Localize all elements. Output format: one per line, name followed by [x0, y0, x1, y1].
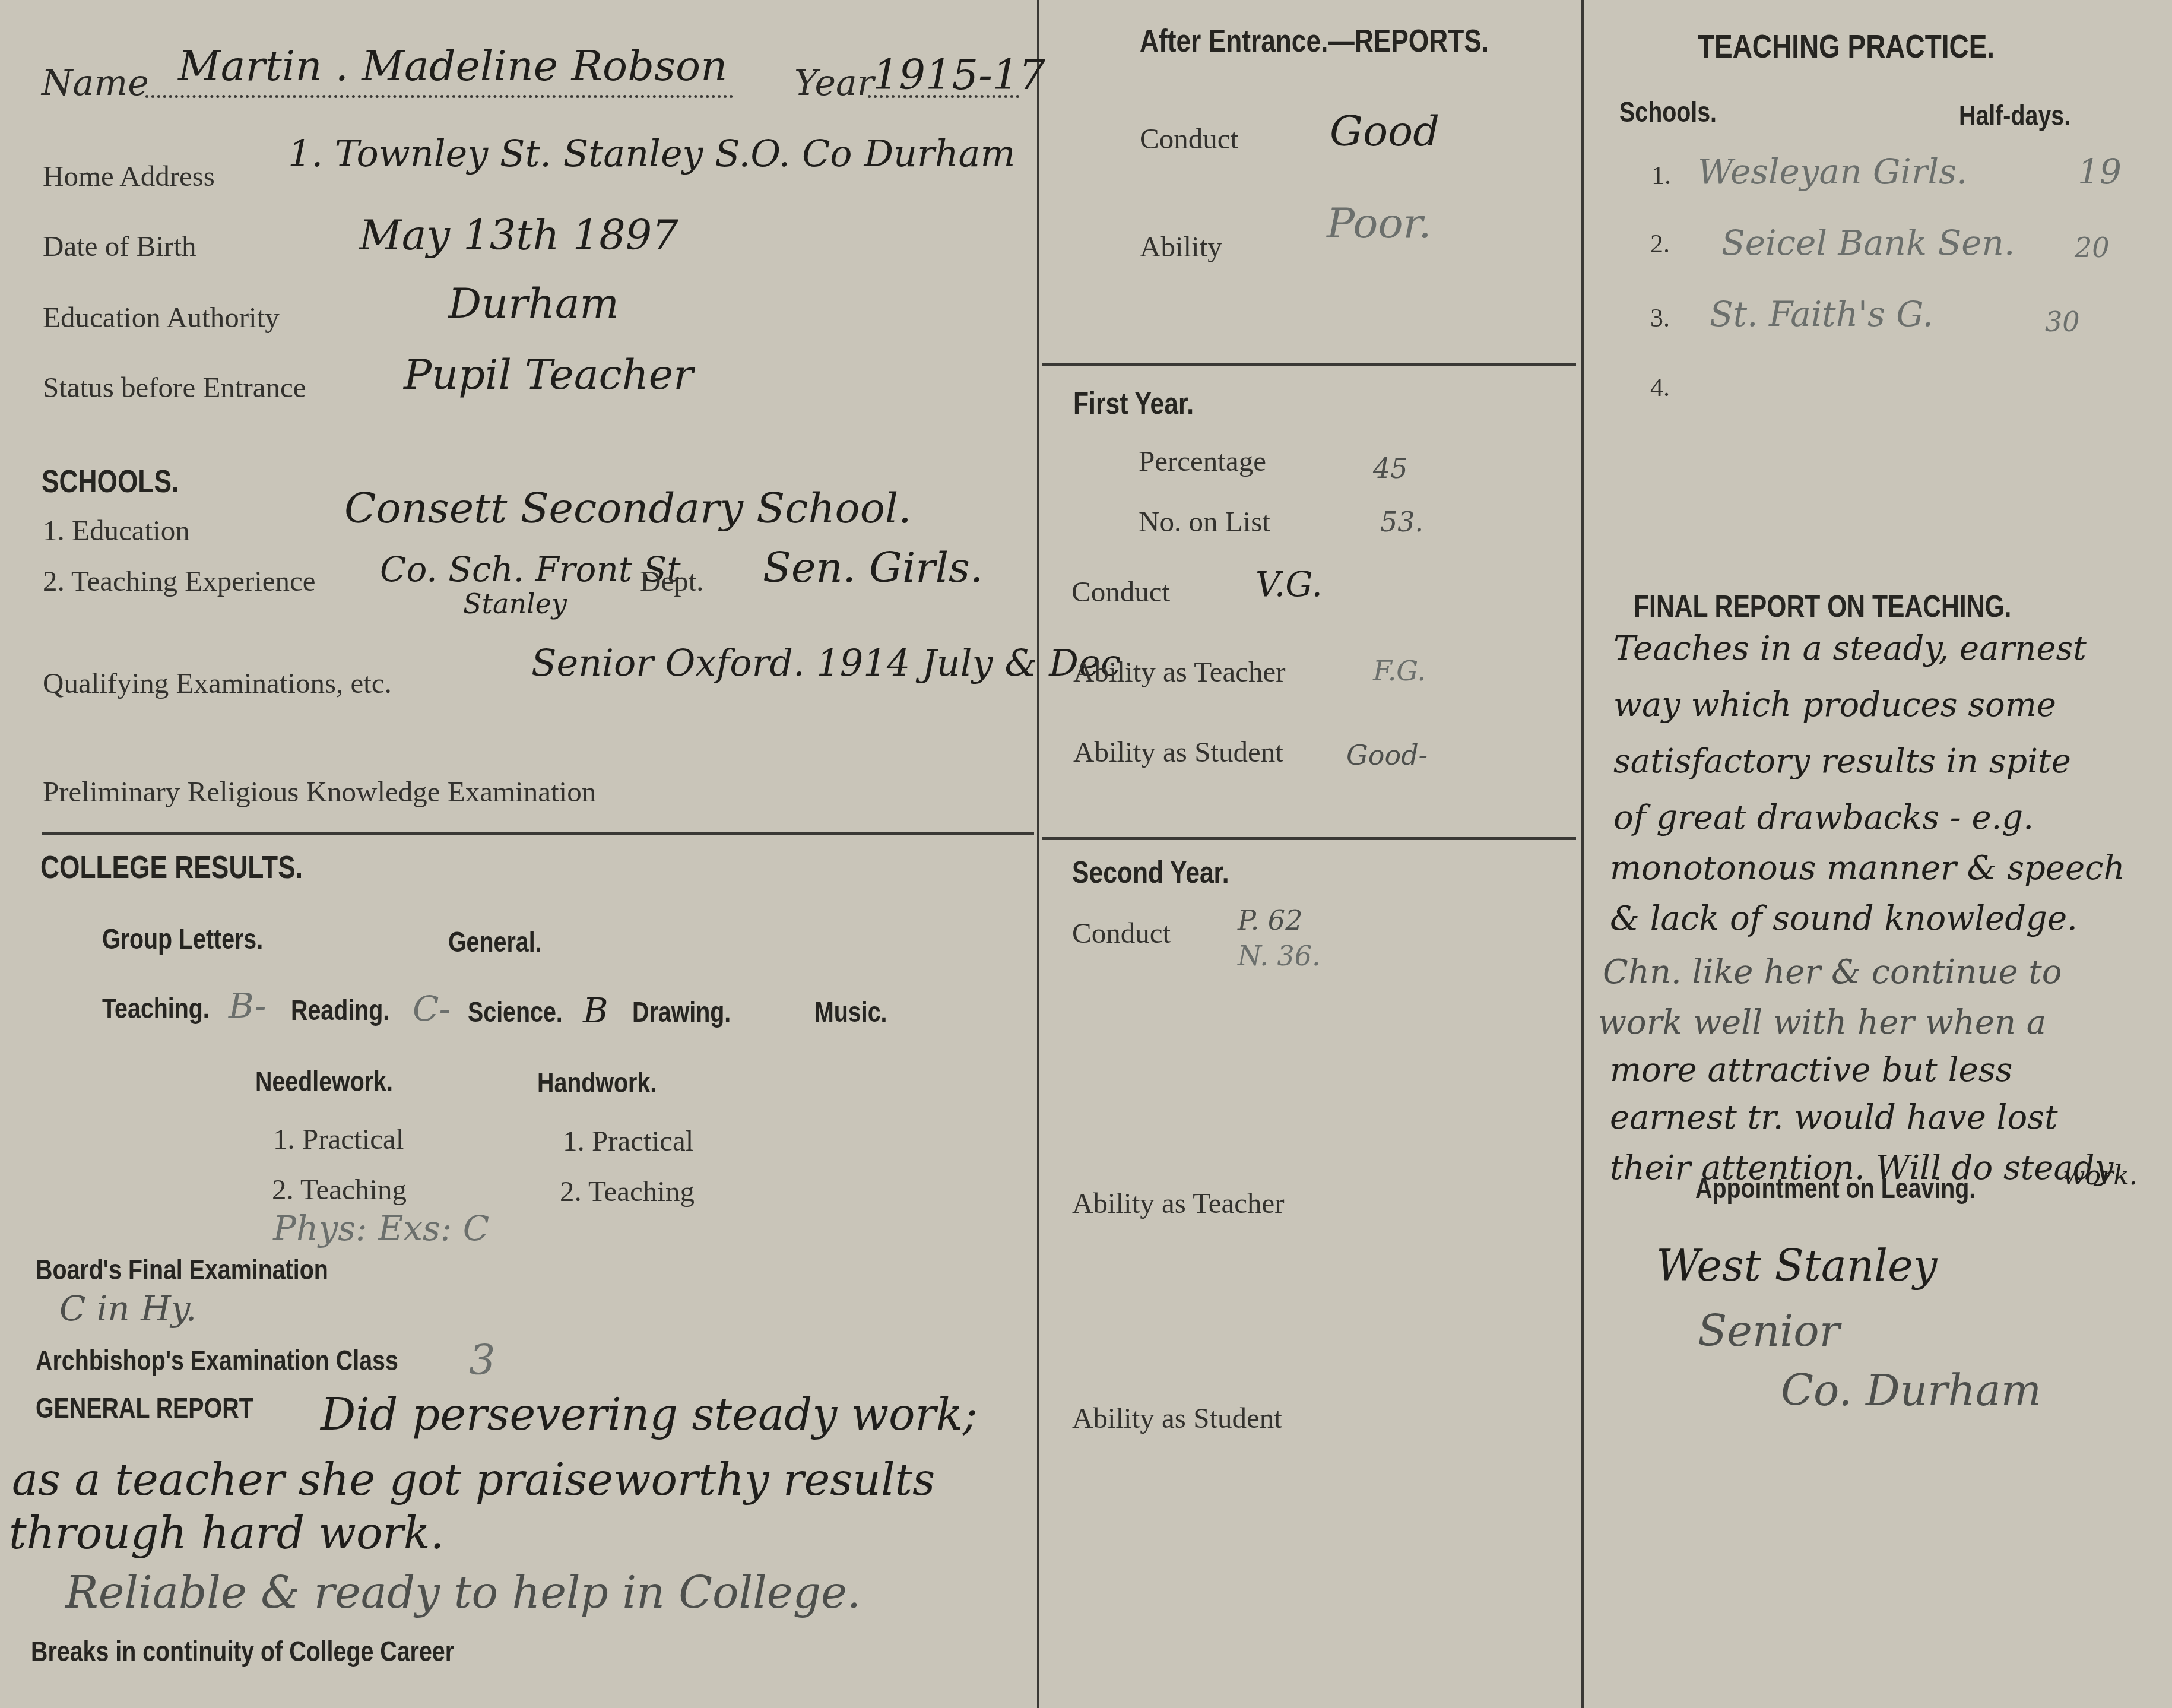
- practice-row-number: 2.: [1650, 229, 1670, 259]
- final-report-heading: FINAL REPORT ON TEACHING.: [1634, 589, 2011, 625]
- no-on-list-value: 53.: [1380, 506, 1423, 538]
- drawing-label: Drawing.: [632, 996, 731, 1029]
- boards-final-label: Board's Final Examination: [36, 1254, 328, 1286]
- second-year-conduct-value-2: N. 36.: [1238, 940, 1321, 972]
- teaching-grade-label: Teaching.: [102, 993, 210, 1025]
- status-value: Pupil Teacher: [404, 350, 693, 399]
- general-report-label: GENERAL REPORT: [36, 1392, 253, 1425]
- teaching-grade-value: B-: [229, 985, 266, 1026]
- no-on-list-label: No. on List: [1139, 505, 1270, 538]
- first-year-heading: First Year.: [1073, 386, 1194, 422]
- practice-row-half-days: 20: [2075, 232, 2110, 264]
- boards-final-value: C in Hy.: [59, 1288, 196, 1329]
- handwork-practical: 1. Practical: [563, 1124, 693, 1158]
- reading-grade-label: Reading.: [291, 994, 389, 1027]
- appointment-line-3: Co. Durham: [1781, 1365, 2041, 1415]
- second-year-ability-student-label: Ability as Student: [1072, 1401, 1282, 1435]
- schools-column-label: Schools.: [1619, 96, 1717, 129]
- after-entrance-ability-value: Poor.: [1327, 199, 1432, 248]
- final-report-line: of great drawbacks - e.g.: [1613, 798, 2034, 837]
- final-report-line: work.: [2063, 1161, 2138, 1191]
- education-value: Consett Secondary School.: [344, 484, 911, 533]
- archbishop-label: Archbishop's Examination Class: [36, 1345, 398, 1377]
- status-label: Status before Entrance: [43, 370, 306, 404]
- first-year-ability-teacher-label: Ability as Teacher: [1073, 655, 1286, 689]
- percentage-value: 45: [1373, 452, 1408, 484]
- practice-row-school: Wesleyan Girls.: [1698, 151, 1967, 192]
- home-address-label: Home Address: [43, 159, 215, 193]
- second-year-ability-teacher-label: Ability as Teacher: [1072, 1186, 1285, 1220]
- name-label: Name: [42, 62, 149, 104]
- final-report-line: earnest tr. would have lost: [1610, 1098, 2057, 1137]
- practice-row-number: 1.: [1651, 160, 1671, 191]
- practice-row-number: 4.: [1650, 372, 1670, 403]
- education-authority-label: Education Authority: [43, 300, 280, 334]
- needlework-label: Needlework.: [255, 1066, 393, 1098]
- teaching-experience-value-line2: Stanley: [463, 588, 567, 620]
- general-report-line-4: Reliable & ready to help in College.: [65, 1567, 861, 1618]
- final-report-line: work well with her when a: [1598, 1003, 2046, 1042]
- half-days-column-label: Half-days.: [1959, 100, 2070, 132]
- practice-row-half-days: 30: [2045, 306, 2080, 338]
- first-year-ability-student-value: Good-: [1346, 739, 1428, 771]
- rule-middle-first-year: [1042, 363, 1576, 366]
- teaching-experience-label: 2. Teaching Experience: [43, 564, 316, 598]
- archbishop-class-value: 3: [469, 1336, 496, 1384]
- qualifying-label: Qualifying Examinations, etc.: [43, 666, 392, 700]
- percentage-label: Percentage: [1139, 444, 1266, 478]
- rule-middle-second-year: [1042, 837, 1576, 840]
- practice-row-number: 3.: [1650, 303, 1670, 333]
- music-label: Music.: [814, 996, 887, 1029]
- dept-value: Sen. Girls.: [763, 543, 983, 592]
- dept-label: Dept.: [640, 564, 704, 598]
- appointment-label: Appointment on Leaving.: [1695, 1173, 1976, 1205]
- group-letters-label: Group Letters.: [102, 923, 263, 956]
- practice-row-half-days: 19: [2078, 151, 2122, 192]
- practice-row-school: St. Faith's G.: [1710, 294, 1933, 334]
- practice-row-school: Seicel Bank Sen.: [1721, 223, 2015, 263]
- general-label: General.: [448, 926, 542, 959]
- needlework-practical: 1. Practical: [273, 1122, 404, 1156]
- schools-heading: SCHOOLS.: [42, 463, 179, 500]
- final-report-line: way which produces some: [1613, 686, 2056, 724]
- science-grade-label: Science.: [468, 996, 563, 1029]
- column-divider-left: [1037, 0, 1039, 1708]
- needlework-teaching: 2. Teaching: [272, 1173, 407, 1206]
- education-authority-value: Durham: [448, 279, 619, 328]
- general-report-line-3: through hard work.: [9, 1508, 444, 1559]
- breaks-label: Breaks in continuity of College Career: [31, 1636, 454, 1668]
- final-report-line: monotonous manner & speech: [1610, 849, 2125, 888]
- dob-value: May 13th 1897: [359, 211, 678, 259]
- general-report-line-1: Did persevering steady work;: [321, 1389, 978, 1440]
- handwork-teaching: 2. Teaching: [560, 1174, 695, 1208]
- first-year-ability-teacher-value: F.G.: [1373, 655, 1426, 687]
- qualifying-value: Senior Oxford. 1914 July & Dec: [531, 641, 1121, 685]
- appointment-line-1: West Stanley: [1656, 1241, 1937, 1291]
- religious-knowledge-label: Preliminary Religious Knowledge Examinat…: [43, 775, 596, 809]
- handwork-label: Handwork.: [537, 1067, 657, 1099]
- year-label: Year: [794, 62, 874, 104]
- name-value: Martin . Madeline Robson: [178, 42, 727, 90]
- dob-label: Date of Birth: [43, 229, 196, 263]
- first-year-conduct-label: Conduct: [1071, 575, 1170, 609]
- final-report-line: satisfactory results in spite: [1613, 742, 2071, 781]
- final-report-line: Chn. like her & continue to: [1603, 953, 2062, 991]
- final-report-line: more attractive but less: [1610, 1051, 2012, 1089]
- college-results-heading: COLLEGE RESULTS.: [40, 849, 303, 886]
- first-year-conduct-value: V.G.: [1255, 564, 1323, 604]
- education-label: 1. Education: [43, 514, 190, 547]
- second-year-conduct-value-1: P. 62: [1238, 904, 1302, 936]
- after-entrance-ability-label: Ability: [1140, 230, 1222, 264]
- appointment-line-2: Senior: [1698, 1306, 1840, 1356]
- teaching-practice-heading: TEACHING PRACTICE.: [1698, 27, 1995, 65]
- phys-exercises-note: Phys: Exs: C: [273, 1208, 489, 1248]
- after-entrance-conduct-label: Conduct: [1140, 122, 1238, 156]
- teaching-experience-value: Co. Sch. Front St: [380, 549, 681, 590]
- final-report-line: & lack of sound knowledge.: [1610, 899, 2078, 938]
- first-year-ability-student-label: Ability as Student: [1073, 735, 1283, 769]
- year-value: 1915-17: [873, 50, 1045, 99]
- after-entrance-heading: After Entrance.—REPORTS.: [1140, 23, 1489, 59]
- column-divider-right: [1581, 0, 1584, 1708]
- science-grade-value: B: [583, 990, 608, 1031]
- second-year-conduct-label: Conduct: [1072, 916, 1171, 950]
- after-entrance-conduct-value: Good: [1330, 107, 1439, 156]
- general-report-line-2: as a teacher she got praiseworthy result…: [12, 1455, 935, 1506]
- rule-left-college-results: [42, 832, 1034, 835]
- second-year-heading: Second Year.: [1072, 855, 1229, 891]
- home-address-value: 1. Townley St. Stanley S.O. Co Durham: [288, 132, 1015, 175]
- name-dotted-line: [145, 95, 733, 98]
- reading-grade-value: C-: [413, 988, 451, 1029]
- final-report-line: Teaches in a steady, earnest: [1613, 629, 2087, 668]
